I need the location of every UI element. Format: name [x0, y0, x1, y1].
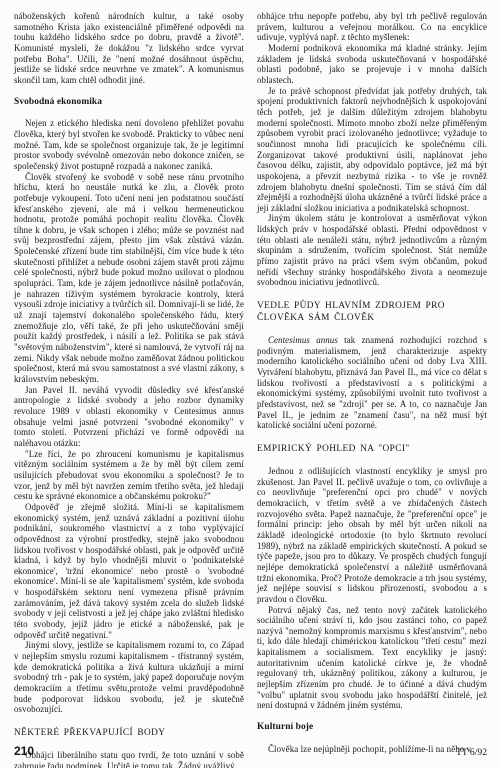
paragraph: Jiným úkolem státu je kontrolovat a usmě… [257, 213, 487, 288]
paragraph-text: tak znamená rozhodující rozchod s podivn… [257, 335, 487, 430]
page-footer: 210 TT 6/92 [14, 744, 487, 758]
paragraph: náboženských kořenů národních kultur, a … [14, 11, 244, 86]
journal-page: náboženských kořenů národních kultur, a … [0, 0, 500, 768]
paragraph: Centesimus annus tak znamená rozhodující… [257, 335, 487, 431]
encyclical-title-italic: Centesimus annus [268, 335, 338, 345]
section-heading: Kulturní boje [257, 722, 487, 733]
paragraph: Člověk stvořený ke svobodě v sobě nese r… [14, 172, 244, 385]
text-column-right: obhájce trhu nepopře potřebu, aby byl tr… [257, 11, 487, 768]
text-column-left: náboženských kořenů národních kultur, a … [14, 11, 244, 768]
section-heading: Svobodná ekonomika [14, 97, 244, 108]
paragraph: Moderní podniková ekonomika má kladné st… [257, 43, 487, 86]
paragraph: Jinými slovy, jestliže se kapitalismem r… [14, 640, 244, 715]
paragraph: Potrvá nějaký čas, než tento nový začáte… [257, 605, 487, 712]
issue-reference: TT 6/92 [456, 747, 487, 758]
paragraph: Je to právě schopnost předvídat jak potř… [257, 86, 487, 214]
section-heading: VEDLE PŮDY HLAVNÍM ZDROJEM PRO ČLOVĚKA S… [257, 300, 487, 324]
paragraph: Jan Pavel II. neváhá vyvodit důsledky sv… [14, 385, 244, 449]
page-number: 210 [14, 744, 34, 758]
section-heading: NĚKTERÉ PŘEKVAPUJÍCÍ BODY [14, 727, 244, 739]
paragraph: Nejen z etického hlediska není dovoleno … [14, 118, 244, 171]
paragraph: obhájce trhu nepopře potřebu, aby byl tr… [257, 11, 487, 43]
paragraph: Odpověď je zřejmě složitá. Míní-li se ka… [14, 502, 244, 641]
paragraph: Jednou z odlišujících vlastností encykli… [257, 466, 487, 605]
two-column-layout: náboženských kořenů národních kultur, a … [14, 11, 487, 768]
section-heading: EMPIRICKÝ POHLED NA "OPCI" [257, 443, 487, 455]
paragraph: "Lze říci, že po zhroucení komunismu je … [14, 449, 244, 502]
